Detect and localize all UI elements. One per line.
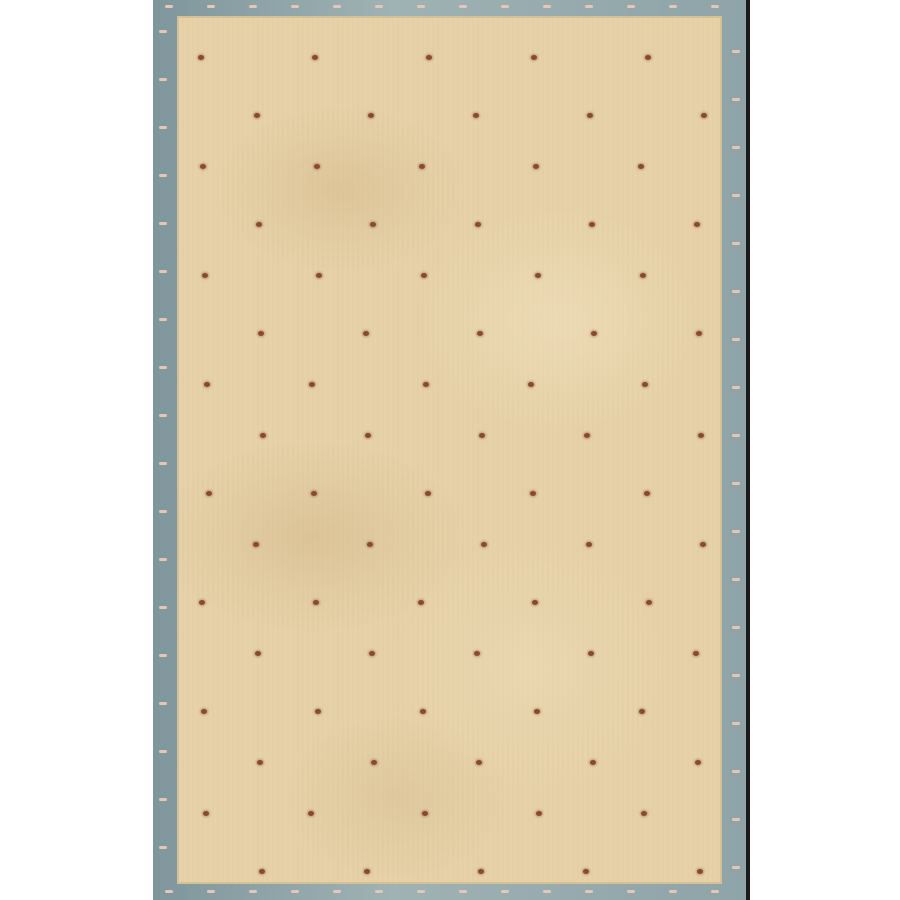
dot-motif [641, 811, 647, 816]
dot-motif [367, 542, 373, 547]
border-dash [711, 5, 719, 8]
dot-motif [536, 811, 542, 816]
border-dash [732, 818, 740, 821]
dot-motif [701, 113, 707, 118]
border-dash [732, 722, 740, 725]
border-dash [159, 558, 167, 561]
dot-motif [588, 651, 594, 656]
border-dash [585, 5, 593, 8]
border-dash [627, 890, 635, 893]
border-dash [732, 386, 740, 389]
dot-motif [645, 55, 651, 60]
dot-motif [309, 382, 315, 387]
border-dash [159, 318, 167, 321]
border-dash [159, 606, 167, 609]
dot-motif [695, 760, 701, 765]
dot-motif [422, 811, 428, 816]
dot-motif [475, 222, 481, 227]
border-dash [732, 290, 740, 293]
dot-motif [474, 651, 480, 656]
dot-motif [311, 491, 317, 496]
border-dash [249, 5, 257, 8]
dot-motif [694, 222, 700, 227]
border-dash [159, 702, 167, 705]
dot-motif [530, 491, 536, 496]
border-dash [417, 890, 425, 893]
border-dash [732, 530, 740, 533]
border-dash [159, 510, 167, 513]
dot-motif [363, 331, 369, 336]
dot-motif [586, 542, 592, 547]
dot-motif [259, 869, 265, 874]
dot-motif [534, 709, 540, 714]
dot-motif [315, 709, 321, 714]
dot-motif [481, 542, 487, 547]
border-dash [501, 5, 509, 8]
dot-motif [639, 709, 645, 714]
border-dash [165, 5, 173, 8]
border-dash [159, 222, 167, 225]
dot-motif [316, 273, 322, 278]
border-dash [501, 890, 509, 893]
dot-motif [476, 760, 482, 765]
border-dash [732, 770, 740, 773]
border-dash [732, 482, 740, 485]
dot-motif [368, 113, 374, 118]
dot-motif [642, 382, 648, 387]
border-dash [159, 750, 167, 753]
dot-motif [256, 222, 262, 227]
border-dash [711, 890, 719, 893]
border-dash [732, 674, 740, 677]
dot-motif [644, 491, 650, 496]
dot-motif [696, 331, 702, 336]
dot-motif [260, 433, 266, 438]
dot-motif [419, 164, 425, 169]
dot-motif [646, 600, 652, 605]
border-dash [417, 5, 425, 8]
dot-motif [587, 113, 593, 118]
dot-motif [426, 55, 432, 60]
dot-motif [308, 811, 314, 816]
dot-motif [199, 600, 205, 605]
border-dash [207, 5, 215, 8]
dot-motif [370, 222, 376, 227]
border-dash [159, 654, 167, 657]
dot-motif [254, 113, 260, 118]
border-dash [459, 890, 467, 893]
border-dash [732, 626, 740, 629]
border-dash [333, 5, 341, 8]
border-dash [732, 338, 740, 341]
border-dash [732, 866, 740, 869]
rug-field [177, 16, 722, 884]
dot-motif [257, 760, 263, 765]
border-dash [669, 5, 677, 8]
dot-motif [638, 164, 644, 169]
dot-motif [590, 760, 596, 765]
dot-motif [418, 600, 424, 605]
border-dash [159, 462, 167, 465]
border-dash [732, 146, 740, 149]
dot-motif [371, 760, 377, 765]
dot-motif [478, 869, 484, 874]
dot-motif [420, 709, 426, 714]
border-dash [159, 126, 167, 129]
border-dash [291, 890, 299, 893]
dot-motif [206, 491, 212, 496]
dot-motif [584, 433, 590, 438]
border-dash [543, 5, 551, 8]
dot-motif [531, 55, 537, 60]
dot-motif [255, 651, 261, 656]
border-dash [732, 242, 740, 245]
border-dash [732, 578, 740, 581]
dot-motif [369, 651, 375, 656]
border-dash [732, 98, 740, 101]
dot-motif [477, 331, 483, 336]
dot-motif [640, 273, 646, 278]
border-dash [159, 798, 167, 801]
dot-motif [204, 382, 210, 387]
border-dash [291, 5, 299, 8]
border-dash [165, 890, 173, 893]
dot-motif [700, 542, 706, 547]
border-dash [543, 890, 551, 893]
dot-motif [312, 55, 318, 60]
border-dash [732, 50, 740, 53]
border-dash [732, 434, 740, 437]
border-dash [732, 194, 740, 197]
dot-motif [203, 811, 209, 816]
border-dash [159, 174, 167, 177]
border-dash [375, 890, 383, 893]
border-dash [159, 846, 167, 849]
border-dash [375, 5, 383, 8]
dot-motif [258, 331, 264, 336]
dot-motif [201, 709, 207, 714]
dot-motif [365, 433, 371, 438]
border-dash [627, 5, 635, 8]
dot-motif [425, 491, 431, 496]
dot-motif [589, 222, 595, 227]
dot-motif [198, 55, 204, 60]
dot-motif [528, 382, 534, 387]
dot-motif [693, 651, 699, 656]
dot-motif [313, 600, 319, 605]
dot-motif [200, 164, 206, 169]
border-dash [585, 890, 593, 893]
dot-motif [364, 869, 370, 874]
border-dash [207, 890, 215, 893]
rug [153, 0, 746, 900]
border-dash [159, 78, 167, 81]
border-dash [669, 890, 677, 893]
dot-motif [421, 273, 427, 278]
dot-motif [532, 600, 538, 605]
border-dash [159, 270, 167, 273]
border-dash [249, 890, 257, 893]
border-dash [159, 414, 167, 417]
dot-motif [533, 164, 539, 169]
dot-motif [698, 433, 704, 438]
border-dash [159, 30, 167, 33]
dot-motif [479, 433, 485, 438]
border-dash [159, 366, 167, 369]
dot-motif [253, 542, 259, 547]
dot-motif [697, 869, 703, 874]
dot-motif [314, 164, 320, 169]
dot-motif [423, 382, 429, 387]
dot-motif [473, 113, 479, 118]
dot-motif [583, 869, 589, 874]
border-dash [333, 890, 341, 893]
dot-motif [591, 331, 597, 336]
dot-motif [535, 273, 541, 278]
border-dash [459, 5, 467, 8]
dot-motif [202, 273, 208, 278]
